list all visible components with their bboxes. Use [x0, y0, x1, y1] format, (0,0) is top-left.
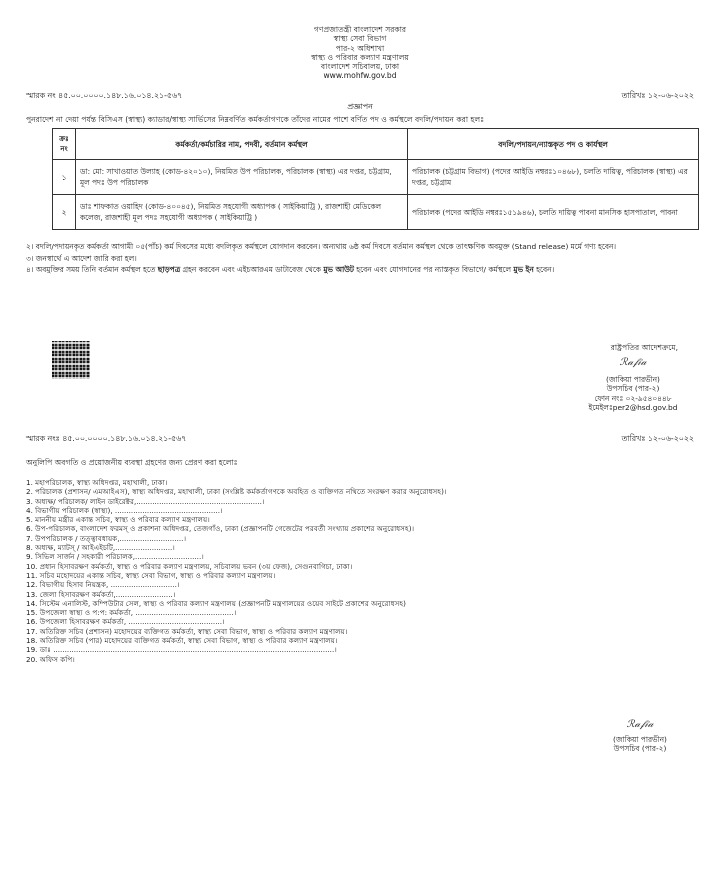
- note-4-bold: ছাড়পত্র: [158, 265, 180, 274]
- note-4-bold: মুভ ইন: [513, 265, 533, 274]
- note-4-text: ৪। অবমুক্তির সময় তিনি বর্তমান কর্মস্থল …: [26, 265, 158, 274]
- table-row: ১ ডা: মো: সাখাওয়াত উল্যাহ (কোড-৪২০১০), …: [53, 160, 699, 195]
- list-item: 10. প্রধান হিসাবরক্ষণ কর্মকর্তা, স্বাস্থ…: [26, 562, 686, 571]
- cell-current-post: ডাঃ শাফকাত ওয়াহিদ (কোড-৪০০৪৫), নিয়মিত …: [76, 195, 408, 230]
- header-line: স্বাস্থ্য সেবা বিভাগ: [0, 34, 720, 43]
- list-item: 14. সিস্টেম এনালিস্ট, কম্পিউটার সেল, স্ব…: [26, 599, 686, 608]
- cell-serial: ১: [53, 160, 76, 195]
- document-page: গণপ্রজাতন্ত্রী বাংলাদেশ সরকার স্বাস্থ্য …: [0, 0, 720, 892]
- notes: ২। বদলি/পদায়নকৃত কর্মকর্তা আগামী ০৫(পাঁ…: [26, 241, 706, 276]
- signature-icon: ℛ𝒶𝒻𝒾𝒶: [540, 358, 720, 367]
- list-item: 11. সচিব মহোদয়ের একান্ত সচিব, স্বাস্থ্য…: [26, 571, 686, 580]
- cell-serial: ২: [53, 195, 76, 230]
- memo-number-2: স্মারক নংঃ ৪৫.০০.০০০০.১৪৮.১৬.০১৪.২১-৫৬৭: [26, 433, 186, 446]
- signatory-block-2: ℛ𝒶𝒻𝒾𝒶 (জাকিয়া পারভীন) উপসচিব (পার-২): [580, 720, 700, 754]
- note-4-text: হবেন।: [534, 265, 554, 274]
- signatory-designation: উপসচিব (পার-২): [540, 384, 720, 393]
- list-item: 7. উপপরিচালক / তত্ত্বাবধায়ক,...........…: [26, 534, 686, 543]
- list-item: 19. ডাঃ ................................…: [26, 645, 686, 654]
- note-3: ৩। জনস্বার্থে এ আদেশ জারি করা হল।: [26, 253, 706, 265]
- signatory-name-2: (জাকিয়া পারভীন): [580, 735, 700, 744]
- header-line: পার-২ অধিশাখা: [0, 44, 720, 53]
- list-item: 3. অধ্যক্ষ/ পরিচালক/ লাইন ডাইরেক্টর,....…: [26, 497, 686, 506]
- transfer-table: ক্রঃ নং কর্মকর্তা/কর্মচারির নাম, পদবী, ব…: [52, 128, 699, 230]
- cell-current-post: ডা: মো: সাখাওয়াত উল্যাহ (কোড-৪২০১০), নি…: [76, 160, 408, 195]
- list-item: 2. পরিচালক (প্রশাসন/ এমআইএস), স্বাস্থ্য …: [26, 487, 686, 496]
- list-item: 8. অধ্যক্ষ, ম্যাটস্ / আইএইচটি,..........…: [26, 543, 686, 552]
- cell-new-post: পরিচালক (পদের আইডি নম্বরঃ১৫১৯৪৬), চলতি দ…: [408, 195, 699, 230]
- note-4-text: গ্রহন করবেন এবং এইচআরএম ডাটাবেজ থেকে: [180, 265, 323, 274]
- note-2: ২। বদলি/পদায়নকৃত কর্মকর্তা আগামী ০৫(পাঁ…: [26, 241, 706, 253]
- list-item: 16. উপজেলা হিসাবরক্ষণ কর্মকর্তা, .......…: [26, 617, 686, 626]
- signature-icon: ℛ𝒶𝒻𝒾𝒶: [580, 720, 700, 729]
- table-header-row: ক্রঃ নং কর্মকর্তা/কর্মচারির নাম, পদবী, ব…: [53, 129, 699, 160]
- column-header-current: কর্মকর্তা/কর্মচারির নাম, পদবী, বর্তমান ক…: [76, 129, 408, 160]
- list-item: 6. উপ-পরিচালক, বাংলাদেশ ফরমস্ ও প্রকাশনা…: [26, 524, 686, 533]
- website-link[interactable]: www.mohfw.gov.bd: [0, 71, 720, 80]
- note-4: ৪। অবমুক্তির সময় তিনি বর্তমান কর্মস্থল …: [26, 264, 706, 276]
- cell-new-post: পরিচালক (চট্টগ্রাম বিভাগ) (পদের আইডি নম্…: [408, 160, 699, 195]
- list-item: 20. অফিস কপি।: [26, 655, 686, 664]
- column-header-new: বদলি/পদায়ন/ন্যাস্তকৃত পদ ও কার্যস্থল: [408, 129, 699, 160]
- list-item: 13. জেলা হিসাবরক্ষণ কর্মকর্তা,..........…: [26, 590, 686, 599]
- list-item: 5. মাননীয় মন্ত্রীর একান্ত সচিব, স্বাস্থ…: [26, 515, 686, 524]
- header-line: স্বাস্থ্য ও পরিবার কল্যাণ মন্ত্রণালয়: [0, 53, 720, 62]
- intro-paragraph: পুনরাদেশ না দেয়া পর্যন্ত বিসিএস (স্বাস্…: [26, 114, 706, 127]
- copy-intro: অনুলিপি অবগতি ও প্রয়োজনীয় ব্যবস্থা গ্র…: [26, 457, 238, 470]
- signatory-phone: ফোন নংঃ ০২-৯৫৪০৪৪৮: [540, 394, 720, 403]
- list-item: 17. অতিরিক্ত সচিব (প্রশাসন) মহোদয়ের ব্য…: [26, 627, 686, 636]
- document-title: প্রজ্ঞাপন: [0, 101, 720, 114]
- header-line: বাংলাদেশ সচিবালয়, ঢাকা: [0, 62, 720, 71]
- list-item: 12. বিভাগীয় হিসাব নিয়ন্ত্রক, .........…: [26, 580, 686, 589]
- signatory-email[interactable]: ইমেইলঃper2@hsd.gov.bd: [540, 403, 720, 412]
- signatory-name: (জাকিয়া পারভীন): [540, 375, 720, 384]
- column-header-serial: ক্রঃ নং: [53, 129, 76, 160]
- list-item: 15. উপজেলা স্বাস্থ্য ও প:প: কর্মকর্তা, .…: [26, 608, 686, 617]
- signatory-designation-2: উপসচিব (পার-২): [580, 744, 700, 753]
- signatory-block: ℛ𝒶𝒻𝒾𝒶 (জাকিয়া পারভীন) উপসচিব (পার-২) ফো…: [540, 358, 720, 412]
- note-4-bold: মুভ আউট: [323, 265, 354, 274]
- copy-list: 1. মহাপরিচালক, স্বাস্থ্য অধিদপ্তর, মহাখা…: [26, 478, 686, 664]
- note-4-text: হবেন এবং যোগদানের পর ন্যাস্তকৃত বিভাগে/ …: [354, 265, 513, 274]
- table-row: ২ ডাঃ শাফকাত ওয়াহিদ (কোড-৪০০৪৫), নিয়মি…: [53, 195, 699, 230]
- memo-date-2: তারিখঃ ১২-০৬-২০২২: [621, 433, 694, 446]
- header-line: গণপ্রজাতন্ত্রী বাংলাদেশ সরকার: [0, 25, 720, 34]
- list-item: 9. সিভিল সার্জন / সহকারী পরিচালক,.......…: [26, 552, 686, 561]
- list-item: 4. বিভাগীয় পরিচালক (স্বাস্থ্য), .......…: [26, 506, 686, 515]
- order-line: রাষ্ট্রপতির আদেশক্রমে,: [520, 342, 706, 355]
- letterhead: গণপ্রজাতন্ত্রী বাংলাদেশ সরকার স্বাস্থ্য …: [0, 25, 720, 81]
- list-item: 1. মহাপরিচালক, স্বাস্থ্য অধিদপ্তর, মহাখা…: [26, 478, 686, 487]
- qr-code-icon: [52, 341, 90, 379]
- list-item: 18. অতিরিক্ত সচিব (পার) মহোদয়ের ব্যক্তি…: [26, 636, 686, 645]
- memo-row-2: স্মারক নংঃ ৪৫.০০.০০০০.১৪৮.১৬.০১৪.২১-৫৬৭ …: [26, 433, 694, 446]
